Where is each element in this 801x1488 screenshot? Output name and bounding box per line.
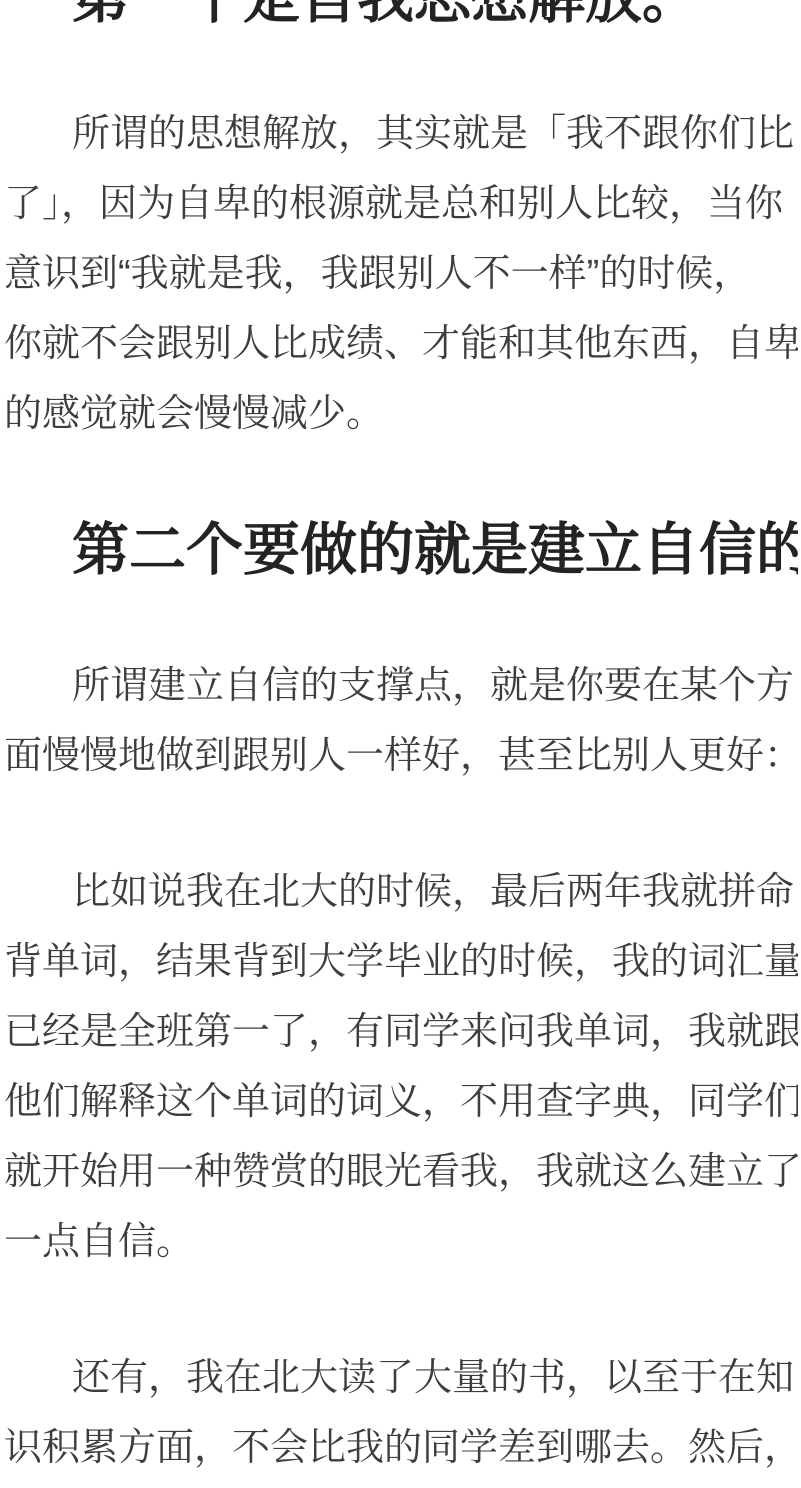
section-heading-second: 第二个要做的就是建立自信的支撑点。 [4, 515, 798, 585]
text-line: 面慢慢地做到跟别人一样好，甚至比别人更好： [4, 721, 798, 791]
text-line: 意识到“我就是我，我跟别人不一样”的时候， [4, 239, 798, 309]
text-line: 一点自信。 [4, 1207, 798, 1277]
text-line: 你就不会跟别人比成绩、才能和其他东西，自卑 [4, 309, 798, 379]
text-line: 他们解释这个单词的词义，不用查字典，同学们 [4, 1067, 798, 1137]
heading-line: 第二个要做的就是建立自信的支撑点。 [4, 515, 798, 585]
article-content: 第一个是自我思想解放。 所谓的思想解放，其实就是「我不跟你们比 了」，因为自卑的… [0, 0, 801, 1488]
paragraph-vocabulary-story: 比如说我在北大的时候，最后两年我就拼命 背单词，结果背到大学毕业的时候，我的词汇… [4, 857, 798, 1277]
text-line: 还有，我在北大读了大量的书，以至于在知 [4, 1343, 798, 1413]
text-line: 就开始用一种赞赏的眼光看我，我就这么建立了 [4, 1137, 798, 1207]
text-line: 的感觉就会慢慢减少。 [4, 379, 798, 449]
text-line: 已经是全班第一了，有同学来问我单词，我就跟 [4, 997, 798, 1067]
paragraph-confidence-anchor: 所谓建立自信的支撑点，就是你要在某个方 面慢慢地做到跟别人一样好，甚至比别人更好… [4, 651, 798, 791]
paragraph-reading-story: 还有，我在北大读了大量的书，以至于在知 识积累方面，不会比我的同学差到哪去。然后… [4, 1343, 798, 1483]
text-line: 了」，因为自卑的根源就是总和别人比较，当你 [4, 169, 798, 239]
text-line: 背单词，结果背到大学毕业的时候，我的词汇量 [4, 927, 798, 997]
text-line: 识积累方面，不会比我的同学差到哪去。然后， [4, 1413, 798, 1483]
section-heading-first: 第一个是自我思想解放。 [4, 0, 798, 33]
paragraph-thought-liberation: 所谓的思想解放，其实就是「我不跟你们比 了」，因为自卑的根源就是总和别人比较，当… [4, 99, 798, 449]
text-line: 比如说我在北大的时候，最后两年我就拼命 [4, 857, 798, 927]
text-line: 所谓的思想解放，其实就是「我不跟你们比 [4, 99, 798, 169]
text-line: 所谓建立自信的支撑点，就是你要在某个方 [4, 651, 798, 721]
heading-line: 第一个是自我思想解放。 [4, 0, 798, 33]
